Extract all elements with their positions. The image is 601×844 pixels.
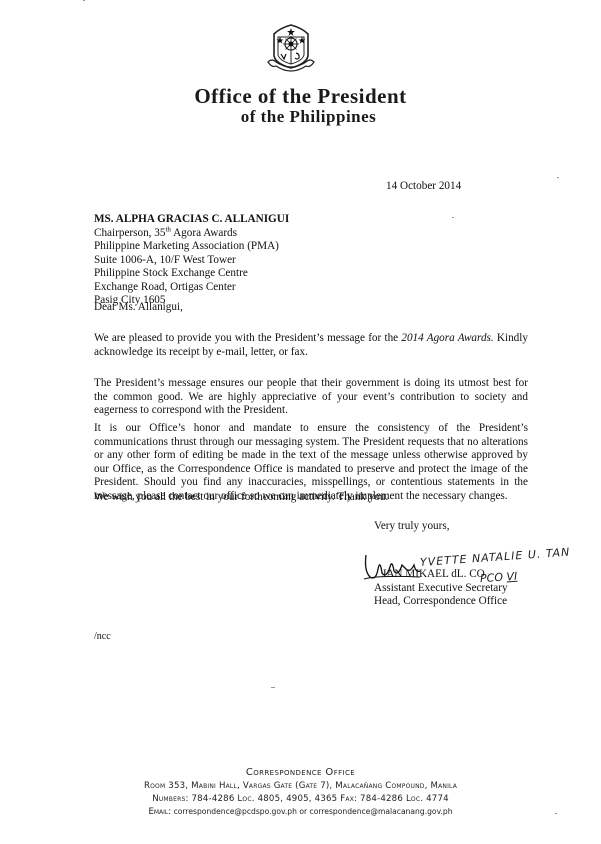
footer-email: Email: correspondence@pcdspo.gov.ph or c… [0,807,601,817]
body-paragraph-2: The President’s message ensures our peop… [94,377,528,418]
letterhead-subtitle: of the Philippines [0,107,601,127]
scan-speck [452,217,454,218]
letterhead-title: Office of the President [0,84,601,109]
footer-address: Room 353, Mabini Hall, Vargas Gate (Gate… [0,781,601,791]
recipient-title-prefix: Chairperson, 35 [94,227,165,239]
signatory-office: Head, Correspondence Office [374,595,508,609]
event-name: 2014 Agora Awards. [401,332,493,344]
footer-phone-numbers: Numbers: 784-4286 Loc. 4805, 4905, 4365 … [0,794,601,804]
body-paragraph-4: We wish you all the best in your forthco… [94,491,528,505]
scan-speck [271,687,275,688]
signature-block: JAN MIKAEL dL. CO Assistant Executive Se… [374,568,508,609]
letter-date: 14 October 2014 [386,180,461,194]
footer-email-label: Email: [148,807,171,817]
salutation: Dear Ms. Allanigui, [94,301,183,315]
body-paragraph-1: We are pleased to provide you with the P… [94,332,528,359]
complimentary-close: Very truly yours, [374,520,450,534]
footer-office-name: Correspondence Office [0,767,601,778]
paragraph-text: We are pleased to provide you with the P… [94,332,401,344]
signatory-name: JAN MIKAEL dL. CO [374,568,508,582]
signatory-position: Assistant Executive Secretary [374,582,508,596]
recipient-address-line: Suite 1006-A, 10/F West Tower [94,254,289,268]
footer-email-addresses: correspondence@pcdspo.gov.ph or correspo… [171,807,452,816]
recipient-title-suffix: Agora Awards [171,227,237,239]
philippine-presidential-seal-icon [266,22,316,74]
recipient-address-line: Philippine Marketing Association (PMA) [94,240,289,254]
recipient-address-block: MS. ALPHA GRACIAS C. ALLANIGUI Chairpers… [94,213,289,308]
reference-initials: /ncc [94,630,111,644]
scan-speck [557,177,559,178]
recipient-address-line: Philippine Stock Exchange Centre [94,267,289,281]
scan-speck [83,0,85,1]
recipient-title: Chairperson, 35th Agora Awards [94,227,289,241]
recipient-address-line: Exchange Road, Ortigas Center [94,281,289,295]
scan-speck [555,813,557,814]
recipient-name: MS. ALPHA GRACIAS C. ALLANIGUI [94,213,289,227]
